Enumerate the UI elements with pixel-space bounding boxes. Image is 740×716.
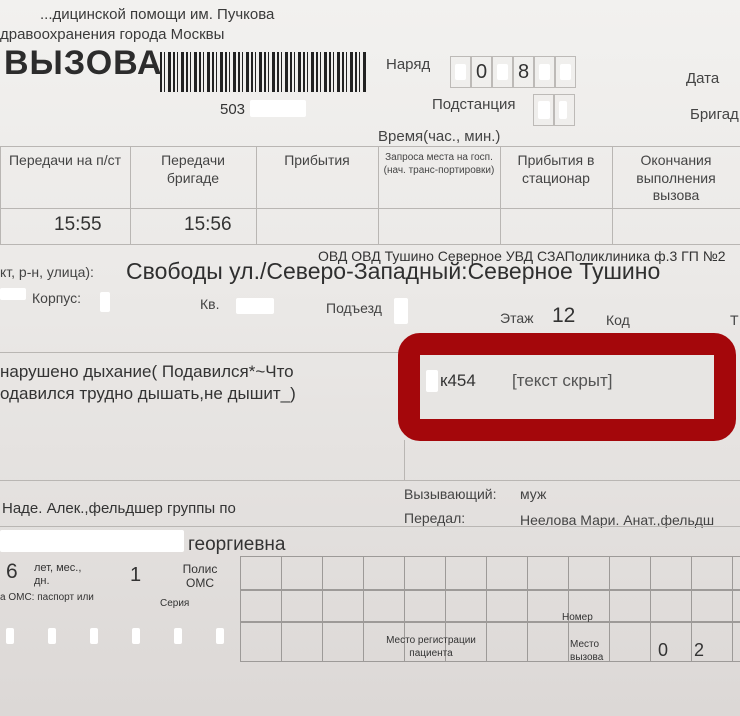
grid-cell bbox=[609, 590, 651, 622]
received-by: Наде. Алек.,фельдшер группы по bbox=[2, 500, 236, 517]
form-title: ВЫЗОВА bbox=[4, 44, 163, 83]
call-place-digit: 0 bbox=[658, 640, 668, 661]
grid-cell bbox=[691, 590, 733, 622]
naryad-digit bbox=[534, 56, 555, 88]
grid-cell bbox=[691, 556, 733, 590]
seriya-label: Серия bbox=[160, 598, 189, 609]
column-header: Передачи бригаде bbox=[134, 152, 252, 187]
divider bbox=[404, 440, 405, 480]
note-text-redacted: [текст скрыт] bbox=[512, 371, 613, 391]
reason-line-1: нарушено дыхание( Подавился*~Что bbox=[0, 362, 294, 382]
podstantsiya-box bbox=[533, 94, 554, 126]
divider bbox=[0, 480, 740, 481]
tel-label: Т bbox=[730, 312, 739, 328]
column-divider bbox=[256, 146, 257, 244]
korpus-label: Корпус: bbox=[32, 290, 81, 306]
redaction bbox=[100, 292, 110, 312]
age-unit-value: 1 bbox=[130, 564, 141, 587]
grid-cell bbox=[650, 556, 692, 590]
grid-cell bbox=[240, 556, 282, 590]
column-header: Запроса места на госп. (нач. транс-порти… bbox=[382, 152, 496, 177]
grid-cell bbox=[527, 622, 569, 662]
redaction bbox=[132, 628, 140, 644]
reason-line-2: одавился трудно дышать,не дышит_) bbox=[0, 384, 296, 404]
oms-label: а ОМС: паспорт или bbox=[0, 592, 94, 603]
patient-name: георгиевна bbox=[188, 534, 285, 556]
redaction bbox=[90, 628, 98, 644]
polis-label: Полис ОМС bbox=[180, 562, 220, 591]
grid-cell bbox=[732, 622, 740, 662]
nomer-label: Номер bbox=[562, 612, 593, 623]
grid-cell bbox=[650, 590, 692, 622]
redaction bbox=[394, 298, 408, 324]
redaction bbox=[0, 530, 184, 552]
etazh-value: 12 bbox=[552, 304, 575, 328]
grid-cell bbox=[568, 556, 610, 590]
podezd-label: Подъезд bbox=[326, 300, 382, 316]
grid-cell bbox=[486, 590, 528, 622]
grid-cell bbox=[732, 556, 740, 590]
naryad-digit bbox=[555, 56, 576, 88]
grid-cell bbox=[363, 556, 405, 590]
grid-cell bbox=[322, 590, 364, 622]
column-value: 15:55 bbox=[54, 214, 102, 236]
divider bbox=[0, 208, 740, 209]
divider bbox=[0, 352, 400, 353]
podstantsiya-label: Подстанция bbox=[432, 96, 515, 113]
column-header: Передачи на п/ст bbox=[4, 152, 126, 170]
grid-cell bbox=[322, 622, 364, 662]
grid-cell bbox=[281, 622, 323, 662]
barcode bbox=[160, 52, 366, 92]
redaction bbox=[48, 628, 56, 644]
podstantsiya-box bbox=[554, 94, 575, 126]
grid-cell bbox=[527, 556, 569, 590]
grid-cell bbox=[240, 622, 282, 662]
grid-cell bbox=[404, 556, 446, 590]
etazh-label: Этаж bbox=[500, 310, 533, 326]
age-value: 6 bbox=[6, 560, 18, 584]
column-header: Окончания выполнения вызова bbox=[616, 152, 736, 205]
grid-cell bbox=[240, 590, 282, 622]
kod-label: Код bbox=[606, 312, 630, 328]
age-units-label: лет, мес., дн. bbox=[34, 562, 86, 588]
column-divider bbox=[500, 146, 501, 244]
grid-cell bbox=[445, 556, 487, 590]
transmitted-label: Передал: bbox=[404, 510, 465, 526]
grid-cell bbox=[363, 590, 405, 622]
column-divider bbox=[0, 146, 1, 244]
date-label: Дата bbox=[686, 70, 719, 87]
naryad-digit bbox=[450, 56, 471, 88]
time-section-label: Время(час., мин.) bbox=[378, 128, 500, 145]
naryad-label: Наряд bbox=[386, 56, 430, 73]
grid-cell bbox=[650, 622, 692, 662]
brigada-label: Бригад bbox=[690, 106, 739, 123]
grid-cell bbox=[281, 590, 323, 622]
naryad-digit bbox=[492, 56, 513, 88]
divider bbox=[0, 244, 740, 245]
column-header: Прибытия bbox=[260, 152, 374, 170]
street-value: Свободы ул./Северо-Западный:Северное Туш… bbox=[126, 258, 660, 285]
org-line-1: ...дицинской помощи им. Пучкова bbox=[40, 6, 274, 23]
grid-cell bbox=[322, 556, 364, 590]
caller-label: Вызывающий: bbox=[404, 486, 497, 502]
street-label: кт, р-н, улица): bbox=[0, 264, 94, 280]
call-place-label: Место вызова bbox=[570, 638, 610, 664]
redaction bbox=[0, 288, 26, 300]
grid-cell bbox=[445, 590, 487, 622]
redaction bbox=[6, 628, 14, 644]
call-place-digit: 2 bbox=[694, 640, 704, 661]
divider bbox=[0, 526, 740, 527]
caller-value: муж bbox=[520, 486, 546, 502]
grid-cell bbox=[732, 590, 740, 622]
redaction bbox=[250, 100, 306, 117]
grid-cell bbox=[486, 622, 528, 662]
redaction bbox=[426, 370, 438, 392]
column-value: 15:56 bbox=[184, 214, 232, 236]
note-code: к454 bbox=[440, 371, 476, 391]
grid-cell bbox=[609, 556, 651, 590]
column-header: Прибытия в стационар bbox=[504, 152, 608, 187]
grid-cell bbox=[486, 556, 528, 590]
grid-cell bbox=[281, 556, 323, 590]
redaction bbox=[216, 628, 224, 644]
call-card-photo: ...дицинской помощи им. Пучкова дравоохр… bbox=[0, 0, 740, 716]
naryad-digit: 8 bbox=[513, 56, 534, 88]
grid-cell bbox=[609, 622, 651, 662]
divider bbox=[0, 146, 740, 147]
org-line-2: дравоохранения города Москвы bbox=[0, 26, 224, 43]
kv-label: Кв. bbox=[200, 296, 219, 312]
redaction bbox=[174, 628, 182, 644]
naryad-digit: 0 bbox=[471, 56, 492, 88]
redaction bbox=[236, 298, 274, 314]
barcode-number: 503 bbox=[220, 101, 245, 118]
column-divider bbox=[130, 146, 131, 244]
column-divider bbox=[612, 146, 613, 244]
grid-cell bbox=[404, 590, 446, 622]
column-divider bbox=[378, 146, 379, 244]
reg-place-label: Место регистрации пациента bbox=[376, 634, 486, 660]
